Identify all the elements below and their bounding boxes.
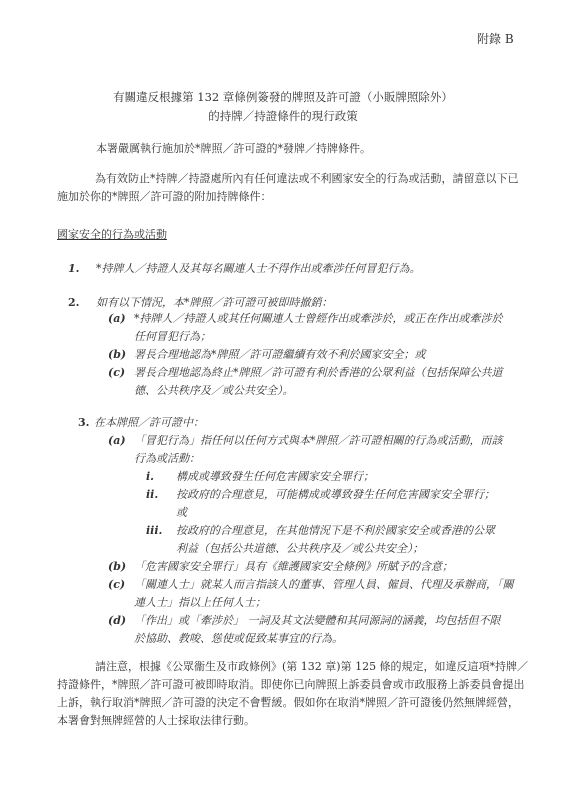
item-3a-ii-line-2: 或 <box>176 504 187 522</box>
item-2a-line-2: 任何冒犯行為； <box>134 328 211 346</box>
notice-paragraph: 請注意，根據《公眾衞生及市政條例》(第 132 章)第 125 條的規定，如違反… <box>57 658 529 730</box>
item-3a-iii-line-1: 按政府的合理意見，在其他情況下是不利於國家安全或香港的公眾 <box>176 522 495 540</box>
item-3c-line-1: 「關連人士」就某人而言指該人的董事、管理人員、僱員、代理及承辦商，「關 <box>134 576 514 594</box>
item-3c-line-2: 連人士」指以上任何人士； <box>134 594 266 612</box>
item-3d-label: (d) <box>108 614 126 627</box>
intro-paragraph-1: 本署嚴厲執行施加於*牌照／許可證的*發牌／持牌條件。 <box>96 140 371 158</box>
item-2a-label: (a) <box>108 312 126 325</box>
item-3b-label: (b) <box>108 560 126 573</box>
item-3d-line-1: 「作出」或「牽涉於」 一詞及其文法變體和其同源詞的涵義，均包括但不限 <box>134 612 501 630</box>
item-1-number: 1. <box>68 262 79 275</box>
item-3-text: 在本牌照／許可證中： <box>94 414 204 432</box>
item-2b-label: (b) <box>108 348 126 361</box>
item-2a-line-1: *持牌人／持證人或其任何關連人士曾經作出或牽涉於，或正在作出或牽涉於 <box>134 310 503 328</box>
item-2c-line-2: 德、公共秩序及／或公共安全）。 <box>134 382 294 400</box>
item-2-number: 2. <box>68 296 79 309</box>
item-1-text: *持牌人／持證人及其每名關連人士不得作出或牽涉任何冒犯行為。 <box>96 260 421 278</box>
item-3-number: 3. <box>78 416 89 429</box>
section-heading: 國家安全的行為或活動 <box>57 226 167 242</box>
item-2c-line-1: 署長合理地認為終止*牌照／許可證有利於香港的公眾利益（包括保障公共道 <box>134 364 503 382</box>
item-3a-ii-line-1: 按政府的合理意見，可能構成或導致發生任何危害國家安全罪行； <box>176 486 495 504</box>
item-3a-iii-line-2: 利益（包括公共道德、公共秩序及／或公共安全）； <box>176 540 424 558</box>
document-page: 附錄 B 有關違反根據第 132 章條例簽發的牌照及許可證（小販牌照除外） 的持… <box>0 0 566 800</box>
item-3a-label: (a) <box>108 434 126 447</box>
item-3a-line-2: 行為或活動： <box>134 450 200 468</box>
item-3c-label: (c) <box>108 578 125 591</box>
intro-paragraph-2: 為有效防止*持牌／持證處所內有任何違法或不利國家安全的行為或活動，請留意以下已施… <box>57 170 527 206</box>
item-3a-i-line-1: 構成或導致發生任何危害國家安全罪行； <box>176 468 374 486</box>
annex-label: 附錄 B <box>477 30 514 47</box>
item-3a-line-1: 「冒犯行為」指任何以任何方式與本*牌照／許可證相關的行為或活動，而該 <box>134 432 503 450</box>
item-3a-iii-label: iii. <box>146 524 162 537</box>
title-line-1: 有關違反根據第 132 章條例簽發的牌照及許可證（小販牌照除外） <box>0 88 566 107</box>
item-2c-label: (c) <box>108 366 125 379</box>
title-line-2: 的持牌／持證條件的現行政策 <box>0 107 566 126</box>
item-3a-ii-label: ii. <box>146 488 158 501</box>
item-3d-line-2: 於協助、教唆、慫使或促致某事宜的行為。 <box>134 630 343 648</box>
item-3b-line-1: 「危害國家安全罪行」具有《維護國家安全條例》所賦予的含意； <box>134 558 453 576</box>
item-3a-i-label: i. <box>146 470 154 483</box>
item-2b-line-1: 署長合理地認為*牌照／許可證繼續有效不利於國家安全；或 <box>134 346 426 364</box>
